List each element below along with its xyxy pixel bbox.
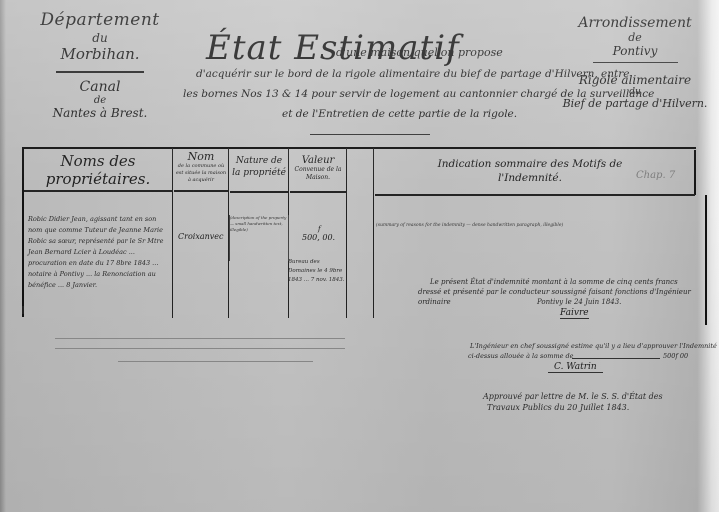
column-header-noms: Noms des propriétaires.: [24, 152, 172, 188]
commune-sublabel: de la commune où est située la maison à …: [174, 163, 228, 184]
column-divider: [373, 148, 374, 318]
column-header-indication: Indication sommaire des Motifs de l'Inde…: [420, 157, 640, 185]
tick: [22, 306, 24, 314]
title-line-1: d'une maison quel'on propose: [336, 46, 503, 59]
canal-label: Canal: [20, 79, 180, 95]
commune-value: Croixanvec: [178, 232, 224, 241]
amount-leader-line: [572, 358, 660, 359]
title-line-4: et de l'Entretien de cette partie de la …: [282, 108, 517, 120]
bief-name: Bief de partage d'Hilvern.: [560, 97, 710, 110]
du-label: du: [560, 87, 710, 97]
ruled-line: [118, 361, 313, 362]
attestation-place-date: Pontivy le 24 Juin 1843.: [537, 297, 621, 307]
column-header-valeur: Valeur Convenue de la Maison.: [290, 155, 346, 182]
header-rule: [24, 190, 172, 192]
nature-value: (description of the property — small han…: [229, 215, 289, 261]
approval-line-1: Approuvé par lettre de M. le S. S. d'Éta…: [483, 392, 663, 402]
de-label: de: [560, 31, 710, 44]
column-header-nature: Nature de la propriété: [232, 155, 286, 179]
engineer-note-line-2: ci-dessus allouée à la somme de: [468, 351, 574, 361]
divider: [56, 71, 144, 73]
valeur-currency: f: [318, 225, 321, 233]
document-sheet: Département du Morbihan. Canal de Nantes…: [0, 0, 719, 512]
approval-line-2: Travaux Publics du 20 Juillet 1843.: [487, 403, 629, 413]
de-label: de: [20, 95, 180, 106]
column-divider: [172, 148, 173, 318]
owner-names: Robic Didier Jean, agissant tant en son …: [28, 214, 168, 291]
valeur-sublabel: Convenue de la Maison.: [290, 166, 346, 182]
attestation-line-1: Le présent État d'indemnité montant à la…: [430, 277, 678, 287]
table-top-border: [22, 147, 696, 149]
margin-note: Chap. 7: [636, 170, 675, 181]
valeur-note: Bureau des Domaines le 4 9bre 1843 ... 7…: [288, 258, 346, 285]
header-rule: [375, 194, 695, 196]
ruled-line: [55, 338, 345, 339]
header-rule: [174, 190, 228, 192]
title-underline: [310, 134, 430, 135]
du-label: du: [20, 31, 180, 45]
arrondissement-label: Arrondissement: [560, 15, 710, 31]
header-rule: [230, 191, 288, 193]
department-label: Département: [20, 10, 180, 30]
header-right: Arrondissement de Pontivy Rigole aliment…: [560, 15, 710, 110]
divider: [593, 62, 678, 63]
valeur-amount: 500, 00.: [302, 233, 335, 242]
header-rule: [290, 191, 346, 193]
indication-value: (summary of reasons for the indemnity — …: [376, 222, 694, 252]
ruled-line: [55, 348, 345, 349]
rigole-label: Rigole alimentaire: [560, 73, 710, 87]
valeur-label: Valeur: [290, 155, 346, 166]
engineer-note-amount: 500f 00: [663, 351, 688, 361]
arrondissement-name: Pontivy: [560, 44, 710, 58]
column-divider: [346, 148, 347, 318]
table-right-border: [694, 150, 696, 195]
signature-faivre: Faivre: [560, 308, 589, 319]
commune-label: Nom: [174, 150, 228, 163]
column-header-commune: Nom de la commune où est située la maiso…: [174, 150, 228, 184]
engineer-note-line-1: L'Ingénieur en chef soussigné estime qu'…: [470, 341, 717, 351]
signature-engineer: C. Watrin: [548, 362, 603, 373]
department-name: Morbihan.: [20, 45, 180, 63]
canal-name: Nantes à Brest.: [20, 106, 180, 120]
header-left: Département du Morbihan. Canal de Nantes…: [20, 10, 180, 120]
